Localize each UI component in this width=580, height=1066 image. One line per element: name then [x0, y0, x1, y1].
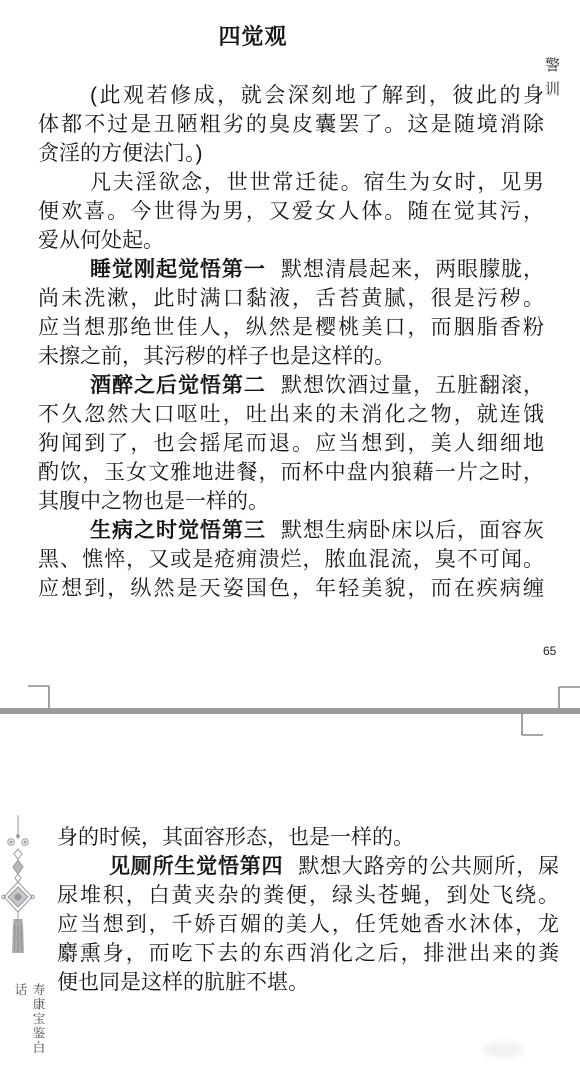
text-line: 体都不过是丑陋粗劣的臭皮囊罢了。这是随境消除 — [38, 110, 544, 139]
text-line: 应当想那绝世佳人，纵然是樱桃美口，而胭脂香粉 — [38, 313, 544, 342]
text-line: 便也同是这样的肮脏不堪。 — [57, 968, 559, 997]
text-line-with-heading: 见厕所生觉悟第四默想大路旁的公共厕所，屎 — [57, 852, 559, 881]
text-line: 爱从何处起。 — [38, 226, 544, 255]
text-line: 未擦之前，其污秽的样子也是这样的。 — [38, 342, 544, 371]
text-line: 尿堆积，白黄夹杂的粪便，绿头苍蝇，到处飞绕。 — [57, 881, 559, 910]
text-line: 应想到，纵然是天姿国色，年轻美貌，而在疾病缠 — [38, 574, 544, 603]
section-heading: 见厕所生觉悟第四 — [109, 855, 283, 878]
page-separator-bar — [0, 708, 580, 714]
text-line: 身的时候，其面容形态，也是一样的。 — [57, 823, 559, 852]
text-line: 应当想到，千娇百媚的美人，任凭她香水沐体，龙 — [57, 910, 559, 939]
text-line: 不久忽然大口呕吐，吐出来的未消化之物，就连饿 — [38, 400, 544, 429]
spine-title-vertical: 寿康宝鉴白话 — [11, 983, 47, 1066]
text-line: (此观若修成，就会深刻地了解到，彼此的身 — [38, 81, 544, 110]
text-line-with-heading: 酒醉之后觉悟第二默想饮酒过量，五脏翻滚， — [38, 371, 544, 400]
scanned-book-view: 四觉观 警训 (此观若修成，就会深刻地了解到，彼此的身体都不过是丑陋粗劣的臭皮囊… — [0, 0, 580, 1066]
text-line: 酌饮，玉女文雅地进餐，而杯中盘内狼藉一片之时， — [38, 458, 544, 487]
page-number: 65 — [543, 644, 556, 658]
text-line: 凡夫淫欲念，世世常迁徒。宿生为女时，见男 — [38, 168, 544, 197]
body-text-page-1: (此观若修成，就会深刻地了解到，彼此的身体都不过是丑陋粗劣的臭皮囊罢了。这是随境… — [38, 81, 544, 603]
tassel-ornament-icon — [1, 815, 35, 959]
page-title: 四觉观 — [0, 20, 506, 51]
text-line: 狗闻到了，也会摇尾而退。应当想到，美人细细地 — [38, 429, 544, 458]
text-line: 尚未洗漱，此时满口黏液，舌苔黄腻，很是污秽。 — [38, 284, 544, 313]
section-heading: 睡觉刚起觉悟第一 — [90, 258, 266, 281]
text-line-with-heading: 睡觉刚起觉悟第一默想清晨起来，两眼朦胧， — [38, 255, 544, 284]
text-line: 便欢喜。今世得为男，又爱女人体。随在觉其污， — [38, 197, 544, 226]
text-line-with-heading: 生病之时觉悟第三默想生病卧床以后，面容灰 — [38, 516, 544, 545]
text-line: 贪淫的方便法门。) — [38, 139, 544, 168]
text-line: 其腹中之物也是一样的。 — [38, 487, 544, 516]
section-heading: 酒醉之后觉悟第二 — [90, 374, 266, 397]
margin-label-vertical: 警训 — [541, 57, 562, 105]
text-line: 麝熏身，而吃下去的东西消化之后，排泄出来的粪 — [57, 939, 559, 968]
section-heading: 生病之时觉悟第三 — [90, 519, 266, 542]
scan-stain — [482, 1042, 524, 1058]
body-text-page-2: 身的时候，其面容形态，也是一样的。见厕所生觉悟第四默想大路旁的公共厕所，屎尿堆积… — [57, 823, 559, 997]
text-line: 黑、憔悴，又或是疮痈溃烂，脓血混流，臭不可闻。 — [38, 545, 544, 574]
